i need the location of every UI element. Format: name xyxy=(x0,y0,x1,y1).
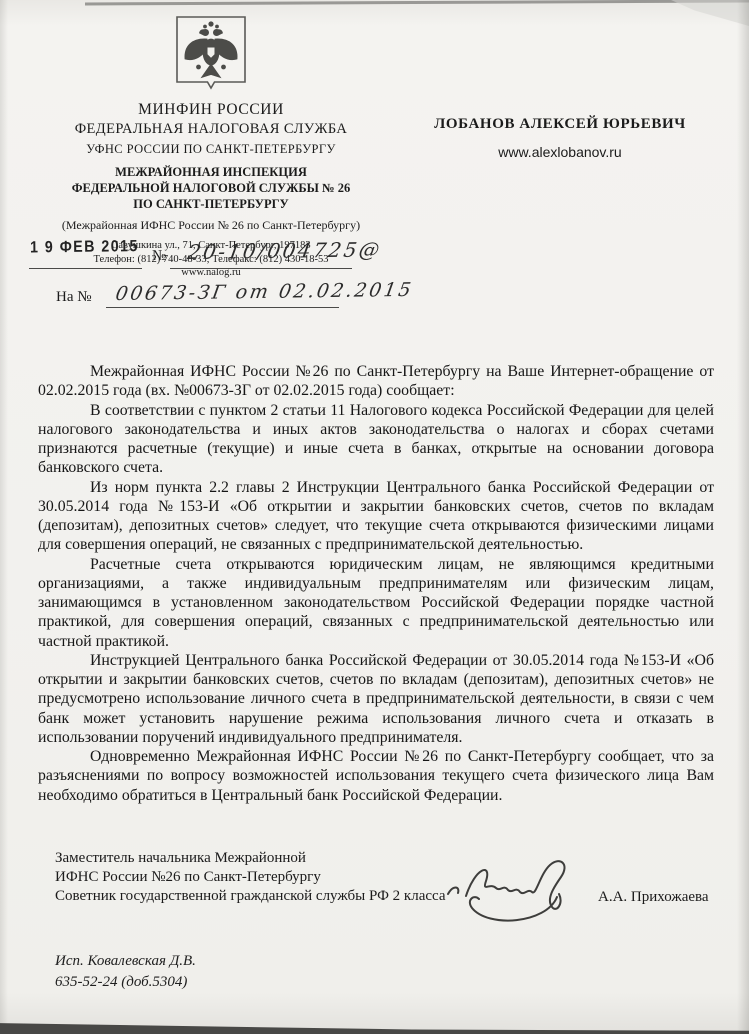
outgoing-number-underline xyxy=(170,268,352,269)
inspection-short-name: (Межрайонная ИФНС России № 26 по Санкт-П… xyxy=(28,218,394,233)
outgoing-number-handwritten: 20-10/004725@ xyxy=(186,237,384,264)
scan-right-shade xyxy=(737,0,749,1034)
body-paragraph: Инструкцией Центрального банка Российско… xyxy=(38,651,714,747)
ministry-name: МИНФИН РОССИИ xyxy=(28,101,394,119)
body-paragraph: Из норм пункта 2.2 главы 2 Инструкции Це… xyxy=(38,478,714,555)
recipient-name: ЛОБАНОВ АЛЕКСЕЙ ЮРЬЕВИЧ xyxy=(400,116,720,133)
inspection-name-line2: ФЕДЕРАЛЬНОЙ НАЛОГОВОЙ СЛУЖБЫ № 26 xyxy=(28,180,394,196)
body-paragraph: Расчетные счета открываются юридическим … xyxy=(38,555,714,651)
outgoing-number-label: № xyxy=(152,248,166,265)
recipient-website: www.alexlobanov.ru xyxy=(400,144,720,160)
regional-office: УФНС РОССИИ ПО САНКТ-ПЕТЕРБУРГУ xyxy=(28,142,394,157)
scan-bottom-edge xyxy=(0,1018,749,1034)
body-paragraph: Одновременно Межрайонная ИФНС России №26… xyxy=(38,747,714,805)
scanned-letter-page: МИНФИН РОССИИ ФЕДЕРАЛЬНАЯ НАЛОГОВАЯ СЛУЖ… xyxy=(0,0,749,1034)
reply-to-underline xyxy=(106,307,339,308)
body-paragraph: Межрайонная ИФНС России №26 по Санкт-Пет… xyxy=(38,362,714,401)
recipient-block: ЛОБАНОВ АЛЕКСЕЙ ЮРЬЕВИЧ www.alexlobanov.… xyxy=(400,116,720,160)
letter-body: Межрайонная ИФНС России №26 по Санкт-Пет… xyxy=(38,362,714,805)
executor-block: Исп. Ковалевская Д.В. 635-52-24 (доб.530… xyxy=(55,951,196,993)
executor-phone: 635-52-24 (доб.5304) xyxy=(55,972,196,993)
handwritten-signature-icon xyxy=(440,842,605,932)
reply-to-number-handwritten: 00673-ЗГ от 02.02.2015 xyxy=(114,279,415,305)
service-name: ФЕДЕРАЛЬНАЯ НАЛОГОВАЯ СЛУЖБА xyxy=(28,121,394,138)
body-paragraph: В соответствии с пунктом 2 статьи 11 Нал… xyxy=(38,401,714,478)
date-underline xyxy=(29,268,142,269)
inspection-name-line3: ПО САНКТ-ПЕТЕРБУРГУ xyxy=(28,196,394,212)
russian-coat-of-arms-icon xyxy=(172,14,250,94)
date-received-stamp: 1 9 ФЕВ 2015 xyxy=(30,238,139,257)
inspection-name-line1: МЕЖРАЙОННАЯ ИНСПЕКЦИЯ xyxy=(28,164,394,180)
executor-name: Исп. Ковалевская Д.В. xyxy=(55,951,196,972)
reply-to-label: На № xyxy=(56,289,92,306)
scan-top-edge xyxy=(85,0,749,5)
scan-left-shade xyxy=(0,0,8,1034)
signer-name: А.А. Прихожаева xyxy=(598,889,709,906)
